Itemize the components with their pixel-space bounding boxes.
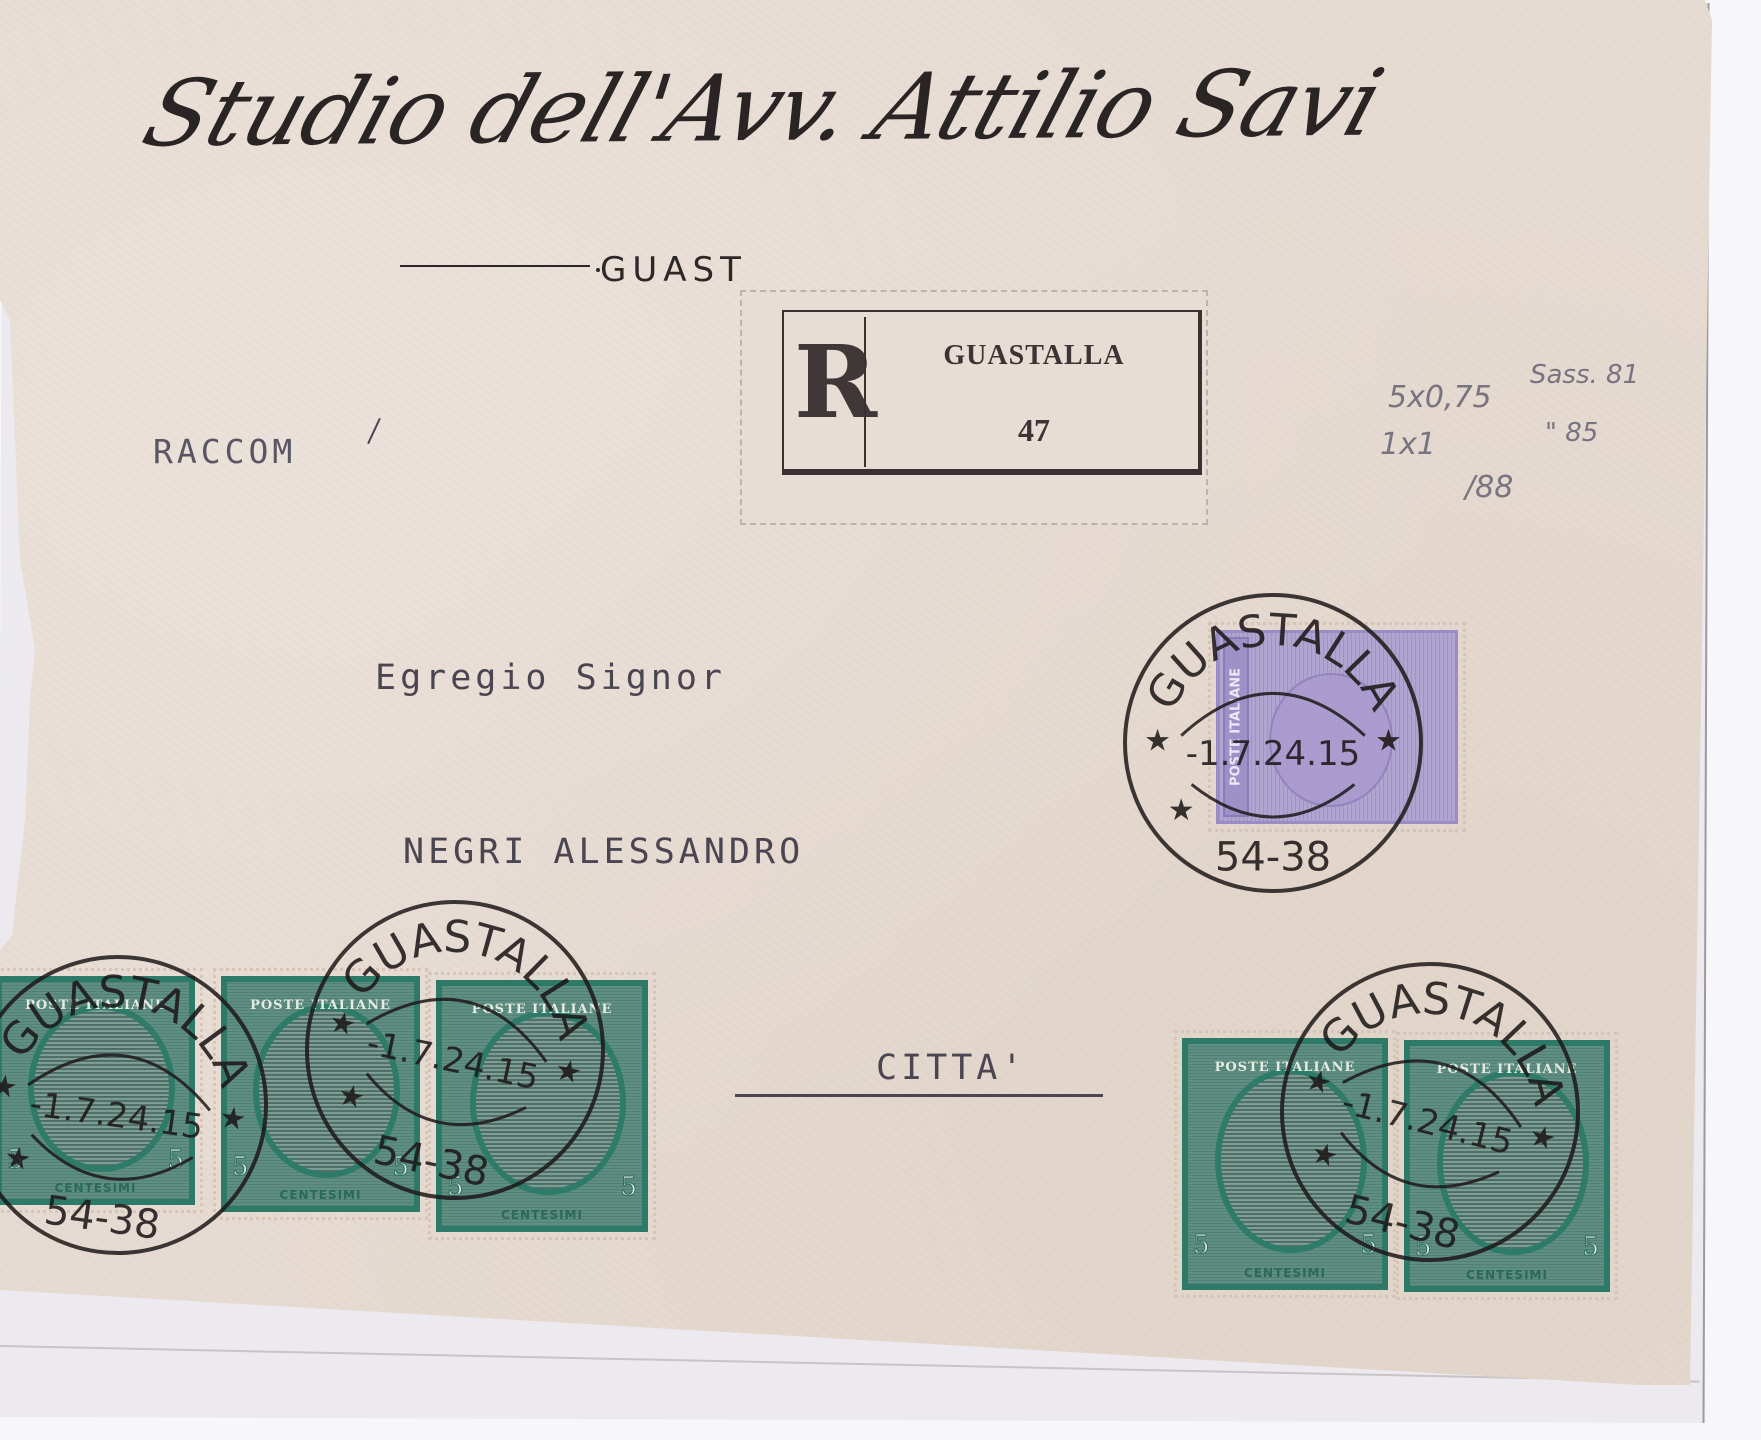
svg-text:-1.7.24.15: -1.7.24.15 xyxy=(27,1084,205,1148)
letterhead-firm-name: Studio dell'Avv. Attilio Savi xyxy=(131,50,1394,168)
pencil-note-total: /88 xyxy=(1465,470,1513,505)
registration-box: R GUASTALLA 47 xyxy=(782,310,1202,475)
postmark-graphic: GUASTALLA-1.7.24.15★★★54-38 xyxy=(0,947,276,1263)
svg-text:-1.7.24.15: -1.7.24.15 xyxy=(1186,734,1360,774)
svg-text:★: ★ xyxy=(1307,1135,1342,1175)
svg-text:★: ★ xyxy=(1525,1118,1560,1158)
svg-text:★: ★ xyxy=(217,1100,249,1138)
svg-text:★: ★ xyxy=(0,1068,20,1106)
svg-text:GUASTALLA: GUASTALLA xyxy=(1137,605,1409,719)
svg-text:★: ★ xyxy=(1301,1062,1336,1102)
postmark-graphic: GUASTALLA-1.7.24.15★★★54-38 xyxy=(1272,954,1588,1270)
svg-text:★: ★ xyxy=(1168,793,1195,828)
svg-text:★: ★ xyxy=(1144,723,1171,758)
svg-text:★: ★ xyxy=(552,1052,586,1092)
registration-office: GUASTALLA xyxy=(874,340,1194,372)
salutation: Egregio Signor xyxy=(375,658,726,698)
letterhead-city: GUAST xyxy=(600,250,747,290)
svg-text:★: ★ xyxy=(1375,723,1402,758)
pencil-note-rate: 5x0,75 xyxy=(1388,380,1492,415)
svg-text:54-38: 54-38 xyxy=(1340,1187,1464,1260)
svg-text:★: ★ xyxy=(326,1004,360,1044)
registration-number: 47 xyxy=(874,412,1194,449)
svg-text:★: ★ xyxy=(334,1077,368,1117)
addressee-name: NEGRI ALESSANDRO xyxy=(403,832,804,872)
pencil-note-count: 1x1 xyxy=(1380,427,1436,462)
registration-divider xyxy=(864,317,866,467)
postmark-graphic: GUASTALLA-1.7.24.15★★★54-38 xyxy=(297,892,613,1208)
svg-text:-1.7.24.15: -1.7.24.15 xyxy=(1338,1082,1517,1163)
destination-underline xyxy=(735,1094,1103,1097)
pencil-note-catalog-1: Sass. 81 xyxy=(1530,360,1639,390)
registration-label: R GUASTALLA 47 xyxy=(740,290,1208,525)
service-note: RACCOM xyxy=(153,432,296,471)
destination: CITTA' xyxy=(876,1048,1026,1088)
pencil-note-catalog-2: " 85 xyxy=(1545,418,1598,448)
envelope: Studio dell'Avv. Attilio Savi GUAST R GU… xyxy=(0,0,1712,1385)
postmark-graphic: GUASTALLA-1.7.24.15★★★54-38 xyxy=(1115,585,1431,901)
registration-letter: R xyxy=(794,332,859,432)
svg-text:54-38: 54-38 xyxy=(1215,834,1331,880)
svg-text:54-38: 54-38 xyxy=(370,1127,493,1196)
letterhead-rule xyxy=(400,265,590,267)
svg-text:-1.7.24.15: -1.7.24.15 xyxy=(363,1023,542,1098)
svg-text:★: ★ xyxy=(2,1140,34,1178)
